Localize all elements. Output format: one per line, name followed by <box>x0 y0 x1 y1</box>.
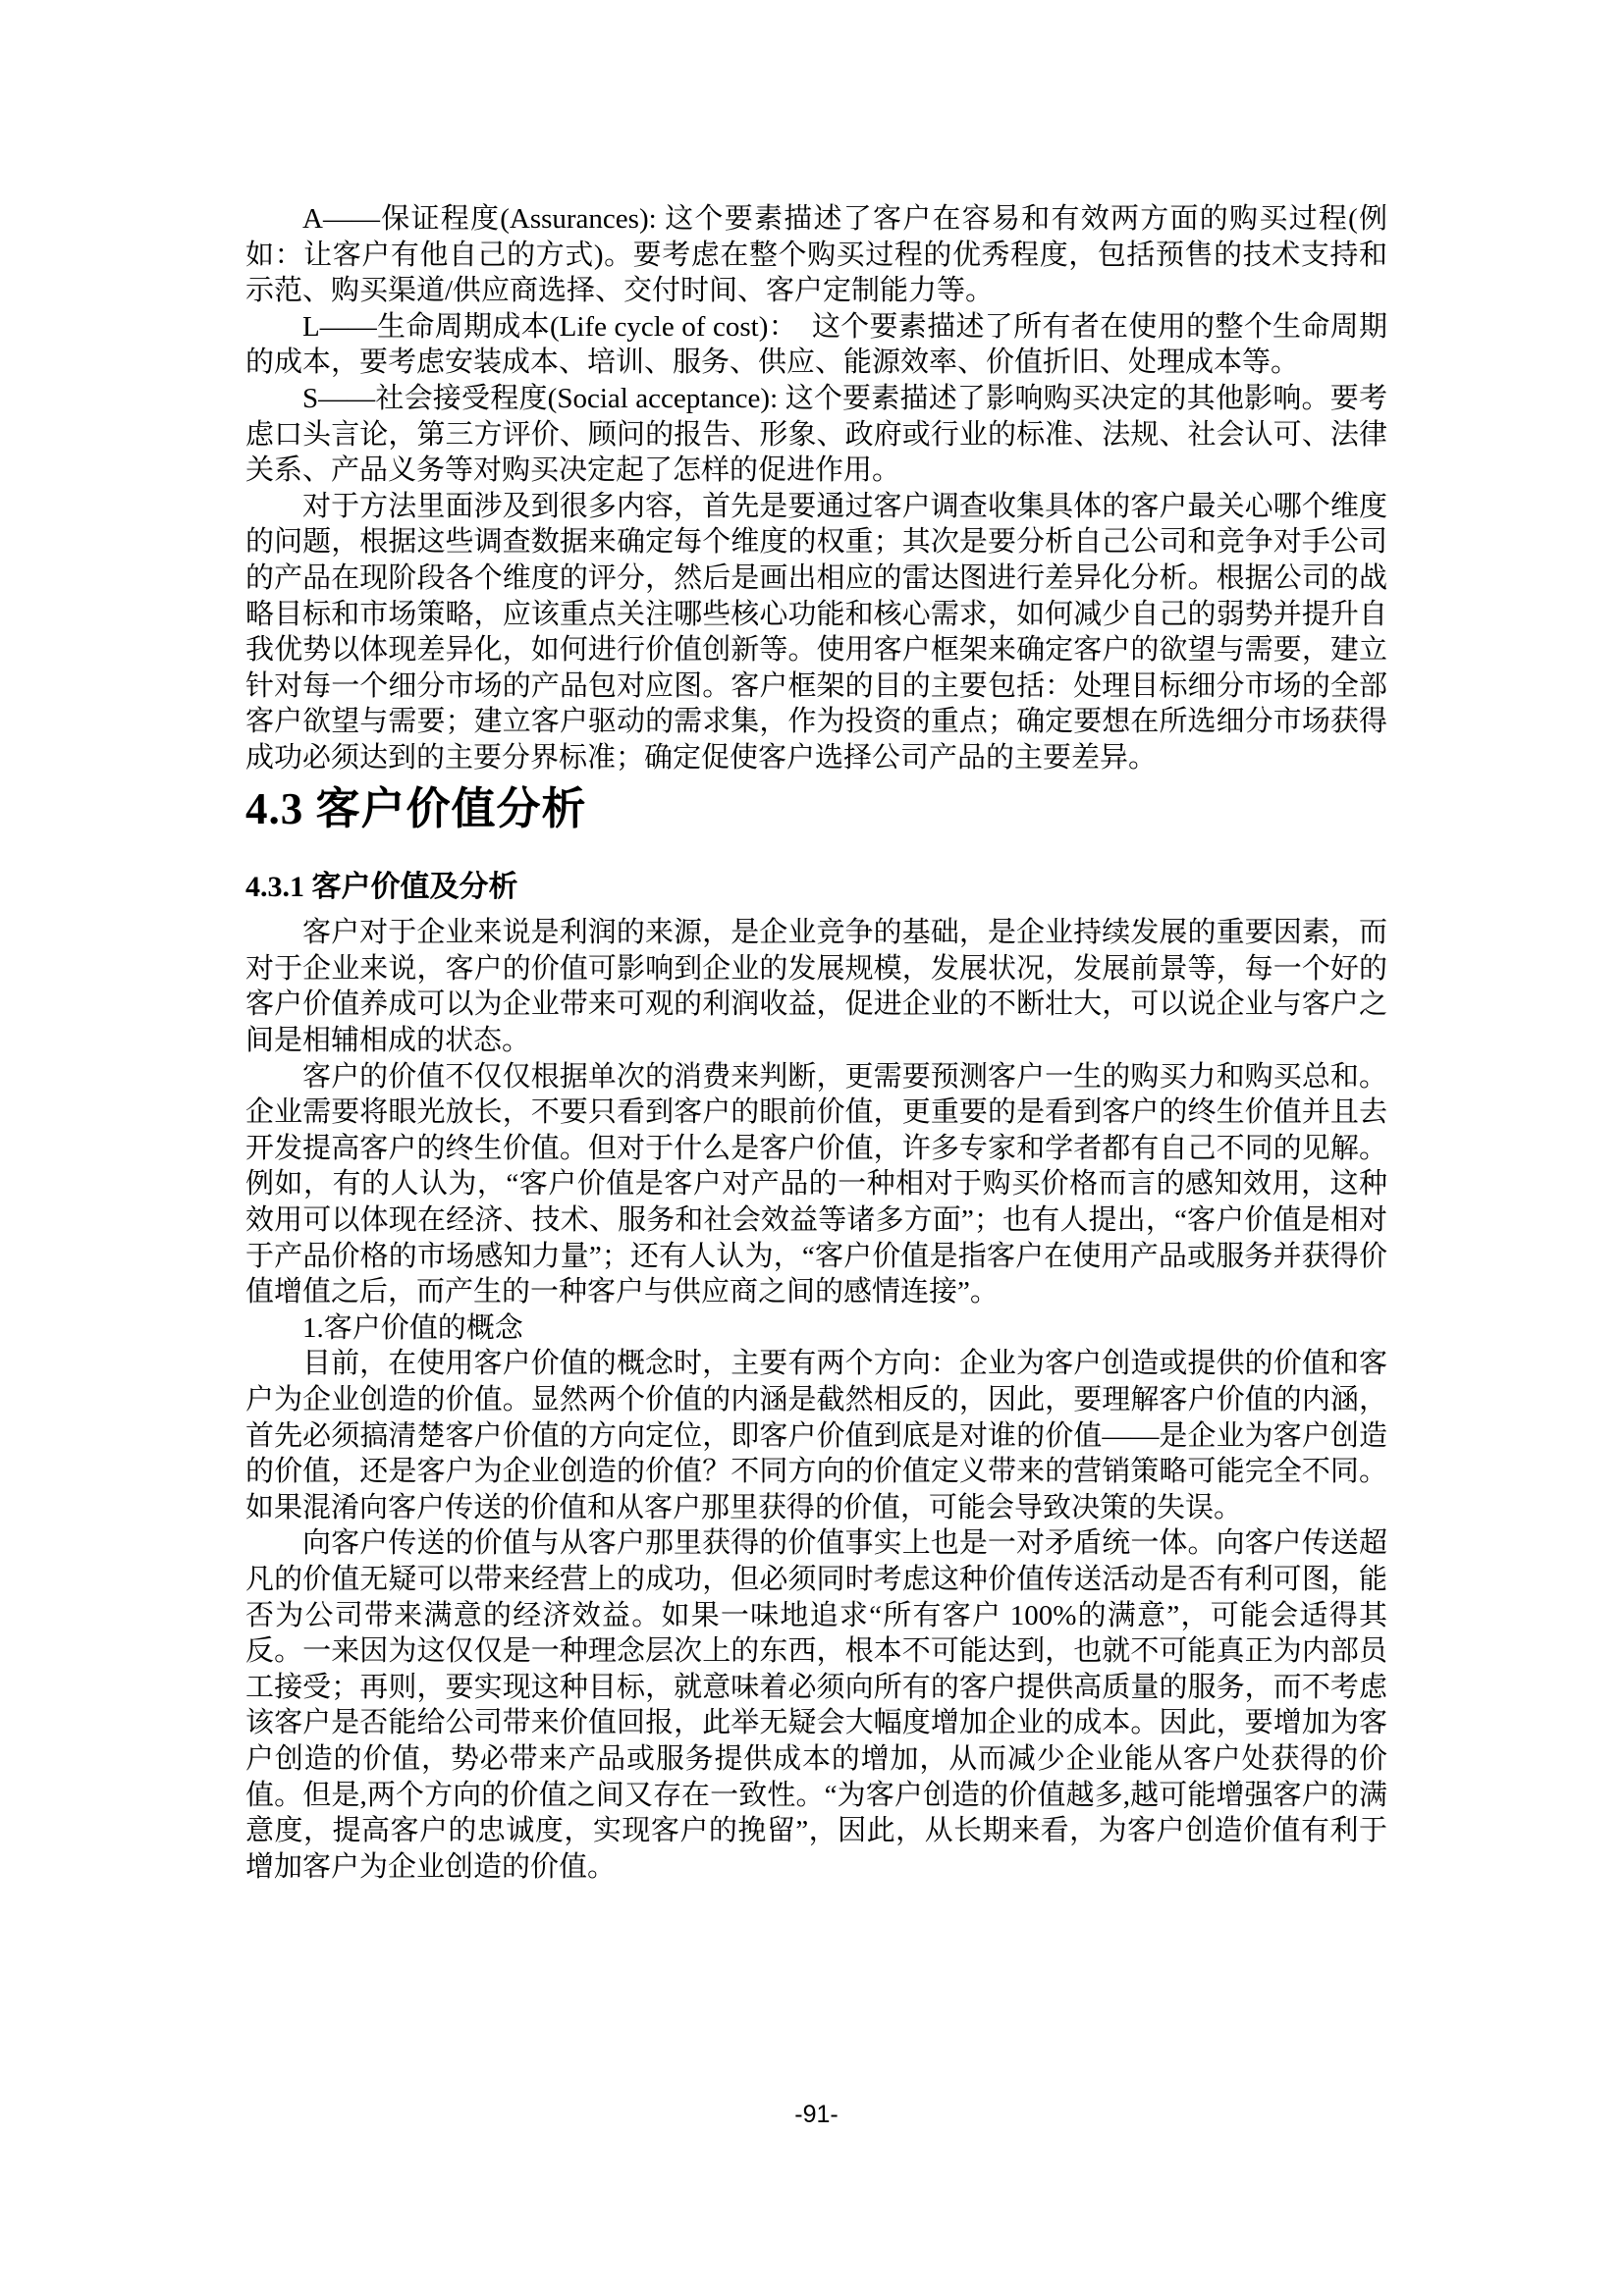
document-page: A——保证程度(Assurances): 这个要素描述了客户在容易和有效两方面的… <box>0 0 1624 2296</box>
paragraph-lifetime-value: 客户的价值不仅仅根据单次的消费来判断，更需要预测客户一生的购买力和购买总和。企业… <box>245 1059 1387 1310</box>
subsection-heading-4-3-1: 4.3.1 客户价值及分析 <box>245 870 1387 905</box>
section-heading-4-3: 4.3 客户价值分析 <box>245 784 1387 835</box>
page-body: A——保证程度(Assurances): 这个要素描述了客户在容易和有效两方面的… <box>245 201 1387 1885</box>
paragraph-life-cycle-cost: L——生命周期成本(Life cycle of cost)： 这个要素描述了所有… <box>245 309 1387 381</box>
list-heading-customer-value-concept: 1.客户价值的概念 <box>245 1310 1387 1347</box>
paragraph-method-overview: 对于方法里面涉及到很多内容，首先是要通过客户调查收集具体的客户最关心哪个维度的问… <box>245 489 1387 776</box>
paragraph-customer-profit-source: 客户对于企业来说是利润的来源，是企业竞争的基础，是企业持续发展的重要因素，而对于… <box>245 915 1387 1058</box>
paragraph-social-acceptance: S——社会接受程度(Social acceptance): 这个要素描述了影响购… <box>245 381 1387 489</box>
page-footer: -91- <box>245 2101 1387 2129</box>
paragraph-value-contradiction: 向客户传送的价值与从客户那里获得的价值事实上也是一对矛盾统一体。向客户传送超凡的… <box>245 1525 1387 1885</box>
paragraph-value-direction: 目前，在使用客户价值的概念时，主要有两个方向：企业为客户创造或提供的价值和客户为… <box>245 1346 1387 1525</box>
page-number: -91- <box>794 2101 838 2128</box>
paragraph-assurances: A——保证程度(Assurances): 这个要素描述了客户在容易和有效两方面的… <box>245 201 1387 309</box>
